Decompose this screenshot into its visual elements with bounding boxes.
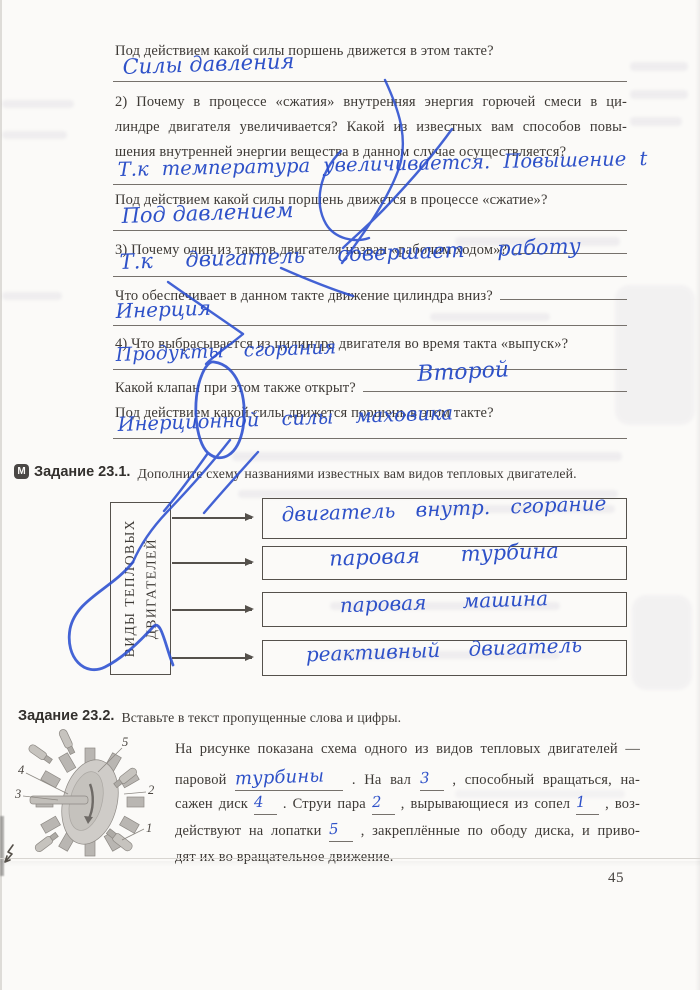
bleed-through <box>2 100 74 108</box>
handwritten-blank: 3 <box>419 769 429 789</box>
m-marker-icon: М <box>14 464 29 479</box>
task-23-1-instruction: Дополните схему названиями известных вам… <box>137 464 576 482</box>
answer-line <box>113 325 627 326</box>
bleed-through <box>615 285 695 425</box>
fill-blank: 2 <box>372 794 395 815</box>
question-line: 2) Почему в процессе «сжатия» внутренняя… <box>115 93 627 112</box>
paragraph-text: . На вал <box>352 772 411 788</box>
scheme-root-line2: ДВИГАТЕЛЕЙ <box>141 519 163 657</box>
scheme-arrow <box>172 562 252 564</box>
bleed-through <box>232 452 622 461</box>
page-edge-line <box>0 858 700 859</box>
scheme-root-box: ВИДЫ ТЕПЛОВЫХ ДВИГАТЕЛЕЙ <box>110 502 171 675</box>
paragraph-text: паровой <box>175 772 227 788</box>
bleed-through <box>630 90 688 99</box>
handwritten-blank: 5 <box>329 820 339 840</box>
handwritten-blank: 2 <box>371 793 381 813</box>
bleed-through <box>632 595 692 690</box>
handwritten-blank: турбины <box>235 764 325 790</box>
corner-arrow-icon <box>0 843 20 869</box>
handwritten-blank: 4 <box>254 793 264 813</box>
handwritten-scheme-answer: реактивный двигатель <box>262 631 626 668</box>
bleed-through <box>630 117 682 126</box>
scheme-root-line1: ВИДЫ ТЕПЛОВЫХ <box>119 519 141 657</box>
paragraph-text: сажен диск <box>175 796 248 812</box>
handwritten-scheme-answer: паровая турбина <box>262 536 626 573</box>
answer-line <box>113 184 627 185</box>
figure-number-label: 4 <box>18 763 24 777</box>
answer-line <box>113 276 627 277</box>
answer-line <box>113 230 627 231</box>
task-23-2-label: Задание 23.2. <box>18 708 114 725</box>
task-23-1-label: Задание 23.1. <box>34 464 130 481</box>
answer-line <box>113 369 627 370</box>
handwritten-answer: Силы давления <box>122 49 295 79</box>
scheme-arrow <box>172 657 252 659</box>
scheme-answer-box: паровая машина <box>262 592 627 627</box>
paragraph-line: паровой турбины . На вал 3 , способный в… <box>175 767 640 791</box>
handwritten-blank: 1 <box>576 793 586 813</box>
fill-blank: турбины <box>235 767 343 791</box>
bleed-through <box>430 313 550 321</box>
paragraph-text: действуют на лопатки <box>175 823 322 839</box>
paragraph-text: , вырывающиеся из сопел <box>401 796 570 812</box>
paragraph-text: , способный вращаться, на- <box>452 772 640 788</box>
task-23-2-header: Задание 23.2. Вставьте в текст пропущенн… <box>18 708 618 726</box>
paragraph-text: , закреплённые по ободу диска, и приво- <box>361 823 640 839</box>
scheme-root-label: ВИДЫ ТЕПЛОВЫХ ДВИГАТЕЛЕЙ <box>119 519 162 657</box>
handwritten-scheme-answer: паровая машина <box>262 583 626 620</box>
scheme-arrow <box>172 609 252 611</box>
fill-blank: 1 <box>576 794 599 815</box>
answer-line <box>113 81 627 82</box>
fill-blank: 4 <box>254 794 277 815</box>
figure-number-label: 2 <box>148 783 154 797</box>
bleed-through <box>630 62 688 71</box>
question-line: Какой клапан при этом также открыт? <box>115 378 627 398</box>
scheme-answer-box: реактивный двигатель <box>262 640 627 676</box>
scheme-answer-box: двигатель внутр. сгорание <box>262 498 627 539</box>
fill-blank: 5 <box>329 821 353 842</box>
paragraph-text: , воз- <box>605 796 640 812</box>
scan-edge-shadow <box>695 0 700 990</box>
turbine-figure: 5 4 3 2 1 <box>10 732 175 867</box>
scheme-answer-box: паровая турбина <box>262 546 627 580</box>
bleed-through <box>2 292 62 300</box>
page-number: 45 <box>608 870 624 887</box>
answer-line <box>113 438 627 439</box>
paragraph-line: действуют на лопатки 5 , закреплённые по… <box>175 821 640 842</box>
answer-line <box>500 286 627 300</box>
bleed-through <box>2 131 67 139</box>
figure-number-label: 5 <box>122 735 128 749</box>
fill-blank: 3 <box>420 770 444 791</box>
handwritten-answer: Инерция <box>115 296 211 323</box>
figure-number-label: 1 <box>146 821 152 835</box>
question-text: Какой клапан при этом также открыт? <box>115 379 356 398</box>
task-23-1-header: М Задание 23.1. Дополните схему названия… <box>14 464 629 482</box>
question-line: линдре двигателя увеличивается? Какой из… <box>115 118 627 137</box>
workbook-page-scan: Под действием какой силы поршень движетс… <box>0 0 700 990</box>
paragraph-text: . Струи пара <box>283 796 366 812</box>
task-23-2-instruction: Вставьте в текст пропущенные слова и циф… <box>121 708 401 726</box>
handwritten-answer: Под давлением <box>121 198 294 228</box>
paragraph-line: сажен диск 4 . Струи пара 2 , вырывающие… <box>175 794 640 815</box>
figure-number-label: 3 <box>14 787 21 801</box>
handwritten-answer: Второй <box>417 357 510 387</box>
paragraph-line: На рисунке показана схема одного из видо… <box>175 740 640 759</box>
page-edge-shadow <box>0 861 700 867</box>
scheme-arrow <box>172 517 252 519</box>
